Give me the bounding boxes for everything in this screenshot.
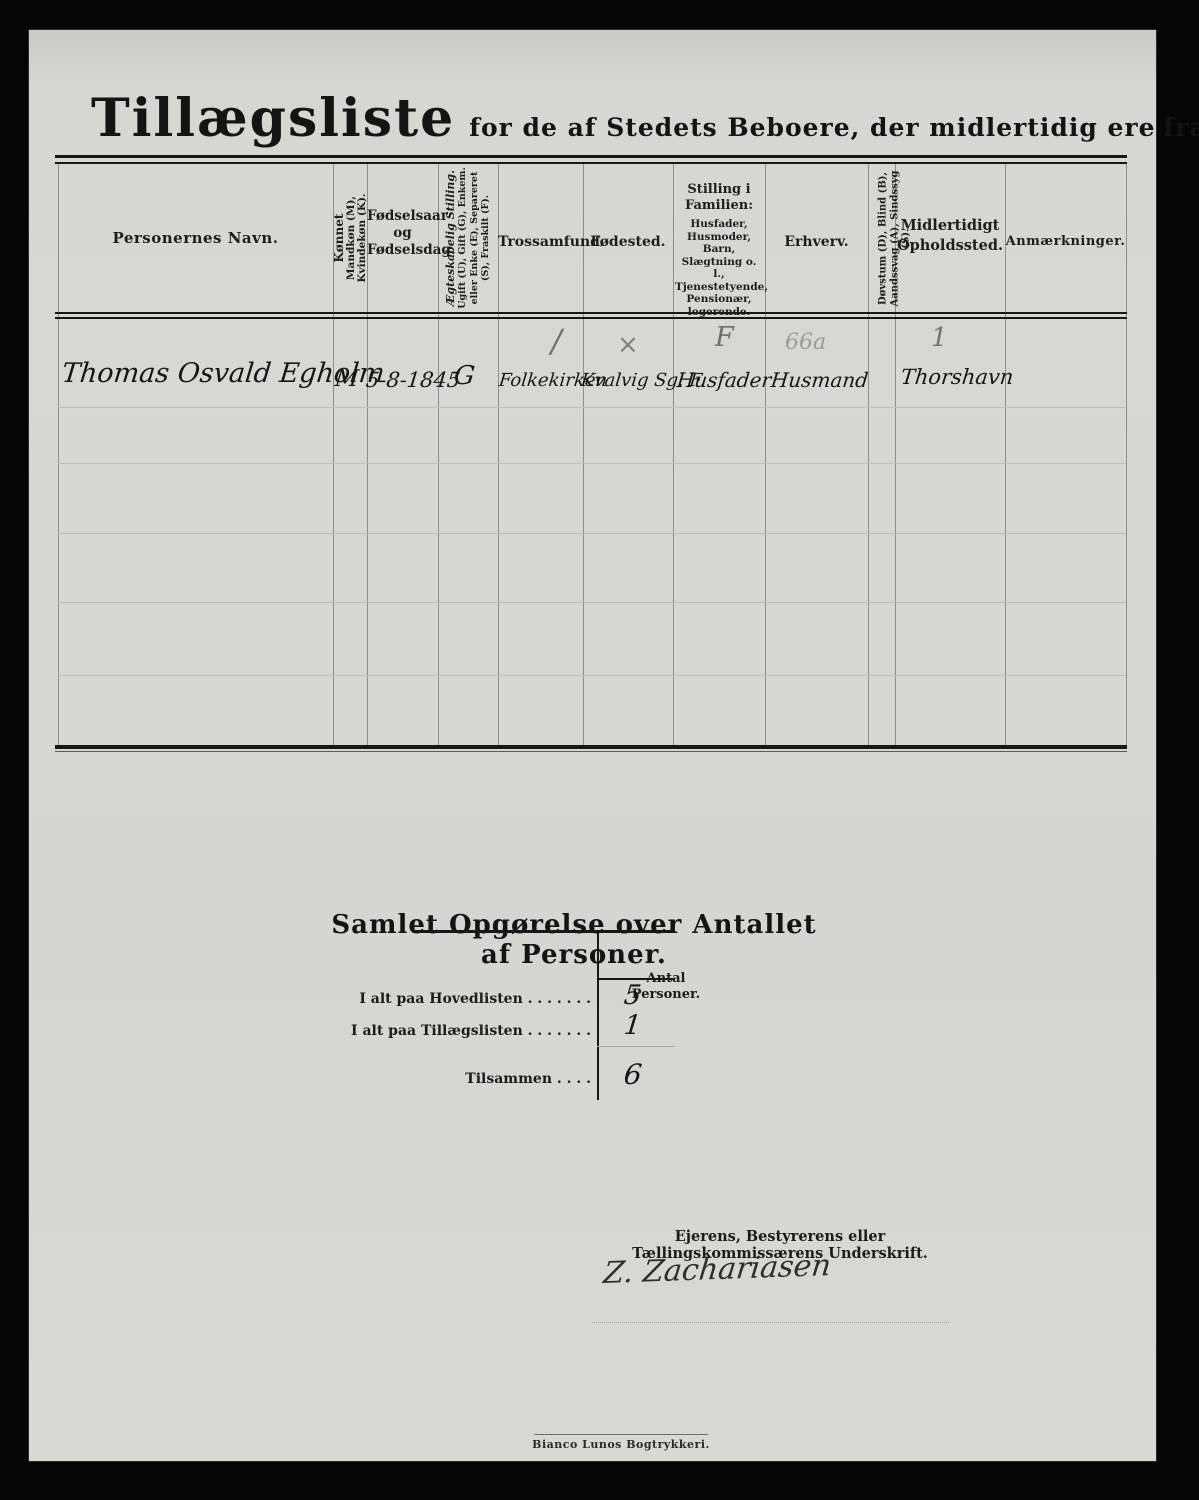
column-line-10 bbox=[1005, 164, 1006, 745]
column-line-7 bbox=[765, 164, 766, 745]
signature-line bbox=[592, 1322, 949, 1323]
col-header-sex: Kønnet Mandkøn (M), Kvindekøn (K). bbox=[333, 164, 367, 312]
summary-row-label-tilsammen: Tilsammen . . . . bbox=[329, 1071, 591, 1087]
header-rule-top bbox=[55, 312, 1127, 314]
printer-name: Bianco Lunos Bogtrykkeri. bbox=[459, 1438, 783, 1451]
row-cell-family: Husfader bbox=[676, 368, 773, 392]
title-rule-bottom bbox=[55, 162, 1127, 164]
header-rule-bottom bbox=[55, 317, 1127, 319]
row-line-3 bbox=[58, 533, 1126, 534]
summary-vertical-line bbox=[597, 930, 599, 1100]
row-cell-sex: M bbox=[334, 366, 360, 392]
summary-top-rule bbox=[413, 930, 675, 933]
row-cell-marital: G bbox=[452, 361, 476, 391]
col-header-religion: Trossamfund. bbox=[498, 231, 583, 250]
page-title-main: Tillægsliste bbox=[91, 88, 455, 149]
page-title-rest: for de af Stedets Beboere, der midlertid… bbox=[469, 113, 1155, 142]
pencil-mark-religion: / bbox=[551, 322, 562, 360]
col-header-birth: Fødselsaar og Fødselsdag. bbox=[367, 208, 438, 259]
pencil-mark-occupation: 66a bbox=[785, 330, 826, 355]
summary-row-label-hovedlisten: I alt paa Hovedlisten . . . . . . . bbox=[329, 991, 591, 1007]
table-border-left bbox=[58, 164, 59, 745]
col-header-marital: Ægteskabelig Stilling. Ugift (U), Gift (… bbox=[438, 164, 498, 312]
column-line-8 bbox=[868, 164, 869, 745]
row-cell-temp-residence: Thorshavn bbox=[900, 365, 1015, 389]
summary-row-value-tillaegslisten: 1 bbox=[622, 1010, 642, 1041]
document-page: Tillægslistefor de af Stedets Beboere, d… bbox=[29, 30, 1156, 1461]
col-header-name: Personernes Navn. bbox=[58, 228, 333, 247]
title-rule-top bbox=[55, 155, 1127, 158]
row-line-2 bbox=[58, 463, 1126, 464]
row-line-1 bbox=[58, 407, 1126, 408]
pencil-mark-family: F bbox=[715, 322, 734, 353]
table-bottom-rule-2 bbox=[55, 751, 1127, 752]
row-cell-birth: 5-8-1845 bbox=[365, 368, 462, 392]
scanned-census-page: { "colors": { "background": "#050505", "… bbox=[0, 0, 1199, 1500]
summary-faint-line bbox=[597, 1046, 675, 1047]
pencil-mark-birthplace: × bbox=[617, 330, 639, 360]
summary-row-label-tillaegslisten: I alt paa Tillægslisten . . . . . . . bbox=[329, 1023, 591, 1039]
row-cell-occupation: Husmand bbox=[770, 368, 870, 392]
table-bottom-rule bbox=[55, 745, 1127, 749]
pencil-mark-temp-residence: 1 bbox=[931, 323, 948, 353]
column-line-5 bbox=[583, 164, 584, 745]
column-line-6 bbox=[673, 164, 674, 745]
printer-rule bbox=[534, 1434, 708, 1435]
col-header-temp-residence: Midlertidigt Opholdssted. bbox=[895, 216, 1005, 256]
col-header-remarks: Anmærkninger. bbox=[1005, 230, 1126, 249]
col-header-occupation: Erhverv. bbox=[765, 231, 868, 250]
col-header-family: Stilling i Familien: Husfader, Husmoder,… bbox=[675, 182, 763, 318]
summary-title: Samlet Opgørelse over Antallet af Person… bbox=[319, 910, 829, 970]
summary-row-value-hovedlisten: 5 bbox=[622, 980, 642, 1011]
column-line-4 bbox=[498, 164, 499, 745]
col-header-birthplace: Fødested. bbox=[583, 231, 673, 250]
row-line-5 bbox=[58, 675, 1126, 676]
table-border-right bbox=[1126, 164, 1127, 745]
row-line-4 bbox=[58, 602, 1126, 603]
signature-name: Z. Zachariasen bbox=[602, 1248, 833, 1291]
summary-row-value-tilsammen: 6 bbox=[622, 1058, 643, 1091]
page-title-emphasis: fraværende. bbox=[1164, 113, 1199, 142]
page-title: Tillægslistefor de af Stedets Beboere, d… bbox=[91, 88, 1199, 149]
